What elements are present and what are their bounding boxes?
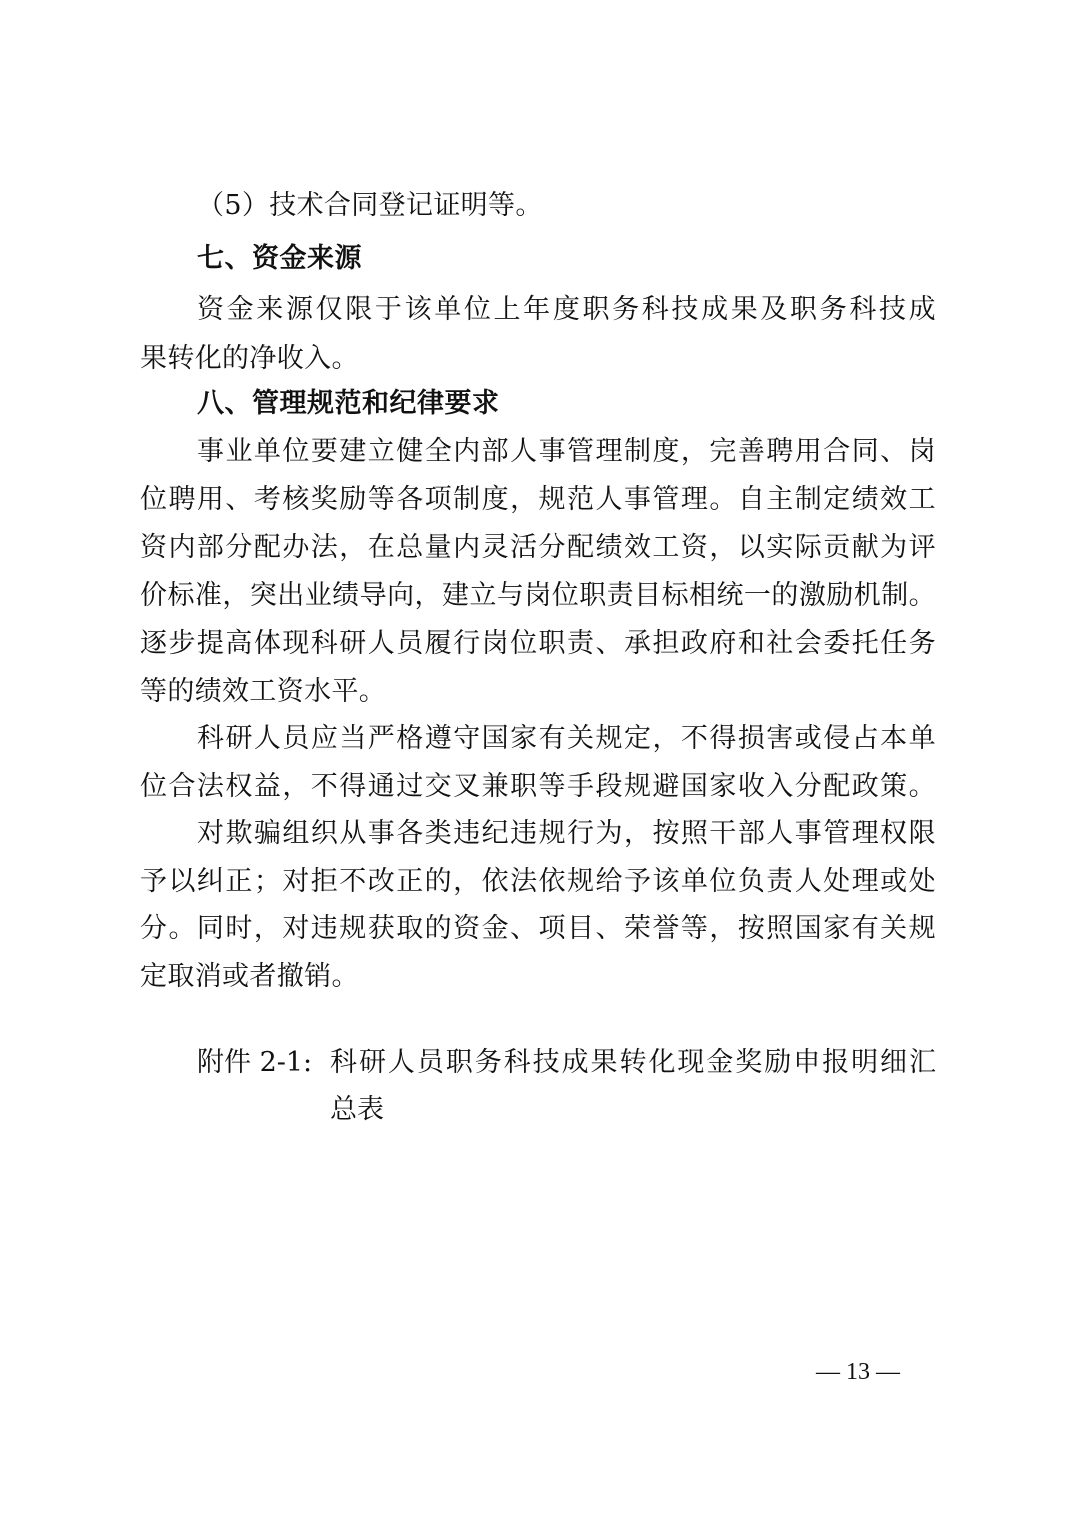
section-8-paragraph-1-line-4: 价标准，突出业绩导向，建立与岗位职责目标相统一的激励机制。 — [140, 570, 936, 622]
section-8-paragraph-3-line-3: 分。同时，对违规获取的资金、项目、荣誉等，按照国家有关规 — [140, 903, 936, 955]
attachment-label: 附件 2-1: — [197, 1037, 312, 1089]
section-8-paragraph-3-line-1: 对欺骗组织从事各类违纪违规行为，按照干部人事管理权限 — [197, 808, 936, 860]
attachment-title-line-2: 总表 — [330, 1084, 384, 1136]
section-8-paragraph-1-line-3: 资内部分配办法，在总量内灵活分配绩效工资，以实际贡献为评 — [140, 522, 936, 574]
section-8-paragraph-3-line-4: 定取消或者撤销。 — [140, 951, 359, 1003]
section-8-paragraph-2-line-2: 位合法权益，不得通过交叉兼职等手段规避国家收入分配政策。 — [140, 761, 936, 813]
section-7-paragraph-line-1: 资金来源仅限于该单位上年度职务科技成果及职务科技成 — [197, 284, 936, 336]
section-8-paragraph-1-line-6: 等的绩效工资水平。 — [140, 666, 386, 718]
section-8-paragraph-1-line-2: 位聘用、考核奖励等各项制度，规范人事管理。自主制定绩效工 — [140, 474, 936, 526]
section-8-paragraph-2-line-1: 科研人员应当严格遵守国家有关规定，不得损害或侵占本单 — [197, 713, 936, 765]
list-item-5: （5）技术合同登记证明等。 — [197, 180, 543, 232]
section-7-heading: 七、资金来源 — [197, 233, 362, 285]
section-8-paragraph-3-line-2: 予以纠正；对拒不改正的，依法依规给予该单位负责人处理或处 — [140, 856, 936, 908]
section-8-paragraph-1-line-1: 事业单位要建立健全内部人事管理制度，完善聘用合同、岗 — [197, 426, 936, 478]
section-8-paragraph-1-line-5: 逐步提高体现科研人员履行岗位职责、承担政府和社会委托任务 — [140, 618, 936, 670]
attachment-title-line-1: 科研人员职务科技成果转化现金奖励申报明细汇 — [330, 1037, 936, 1089]
page-number: — 13 — — [816, 1352, 900, 1392]
section-8-heading: 八、管理规范和纪律要求 — [197, 378, 500, 430]
